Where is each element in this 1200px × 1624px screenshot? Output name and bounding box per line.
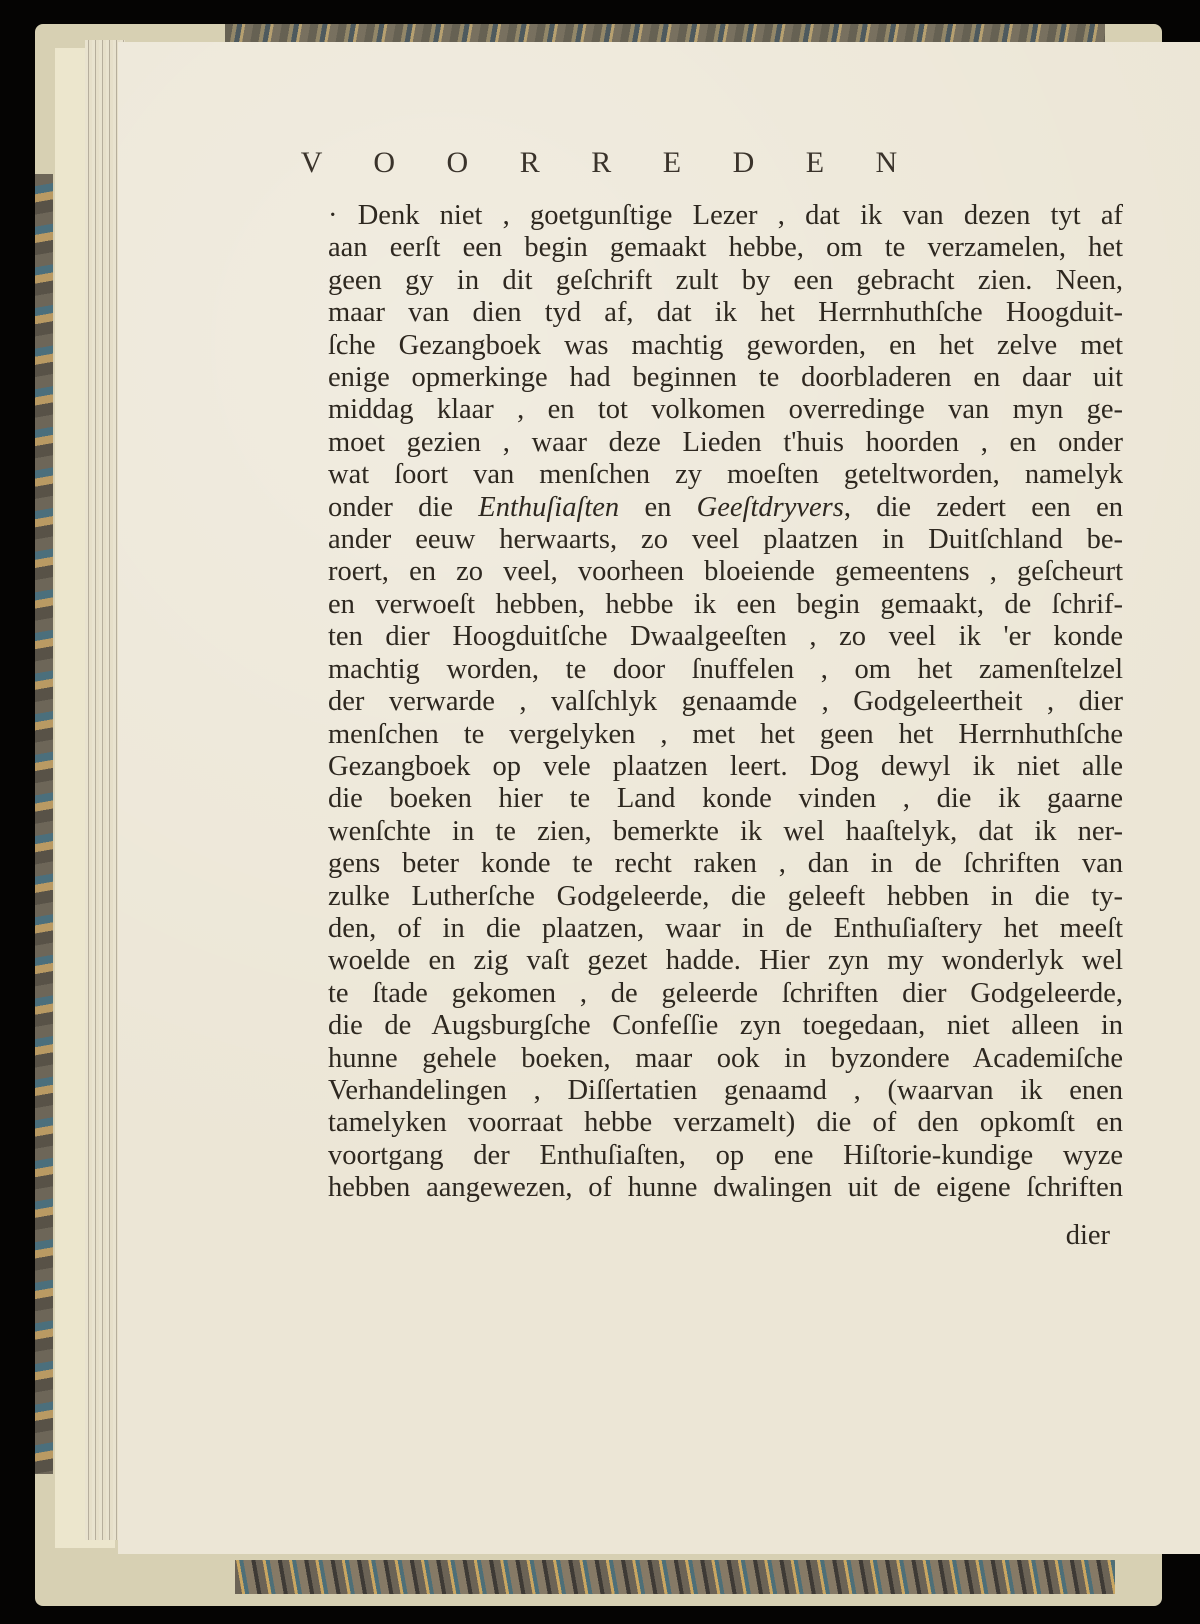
text-line: aan eerſt een begin gemaakt hebbe, om te… bbox=[328, 232, 1123, 264]
text-line: wenſchte in te zien, bemerkte ik wel haa… bbox=[328, 816, 1123, 848]
italic-term: Enthuſiaſten bbox=[478, 492, 619, 523]
text-fragment: , die zedert een en bbox=[844, 492, 1123, 523]
text-line: te ſtade gekomen , de geleerde ſchriften… bbox=[328, 978, 1123, 1010]
text-line: hunne gehele boeken, maar ook in byzonde… bbox=[328, 1043, 1123, 1075]
text-line: den, of in die plaatzen, waar in de Enth… bbox=[328, 913, 1123, 945]
text-line: der verwarde , valſchlyk genaamde , Godg… bbox=[328, 686, 1123, 718]
text-line: wat ſoort van menſchen zy moeſten getelt… bbox=[328, 459, 1123, 491]
marbled-cover-top bbox=[225, 24, 1105, 44]
text-line: machtig worden, te door ſnuffelen , om h… bbox=[328, 654, 1123, 686]
text-fragment: onder die bbox=[328, 492, 478, 523]
text-line: zulke Lutherſche Godgeleerde, die geleef… bbox=[328, 881, 1123, 913]
text-line: maar van dien tyd af, dat ik het Herrnhu… bbox=[328, 297, 1123, 329]
body-text: · Denk niet , goetgunſtige Lezer , dat i… bbox=[328, 200, 1123, 1205]
text-line: enige opmerkinge had beginnen te doorbla… bbox=[328, 362, 1123, 394]
text-line: die boeken hier te Land konde vinden , d… bbox=[328, 783, 1123, 815]
page-heading: V O O R R E D E N bbox=[0, 146, 1200, 180]
text-line: middag klaar , en tot volkomen overredin… bbox=[328, 394, 1123, 426]
text-line: tamelyken voorraat hebbe verzamelt) die … bbox=[328, 1107, 1123, 1139]
text-line: gens beter konde te recht raken , dan in… bbox=[328, 848, 1123, 880]
text-line: woelde en zig vaſt gezet hadde. Hier zyn… bbox=[328, 945, 1123, 977]
text-fragment: en bbox=[619, 492, 696, 523]
text-line-italic: onder die Enthuſiaſten en Geeſtdryvers, … bbox=[328, 492, 1123, 524]
text-line: ten dier Hoogduitſche Dwaalgeeſten , zo … bbox=[328, 621, 1123, 653]
text-line: ſche Gezangboek was machtig geworden, en… bbox=[328, 330, 1123, 362]
text-line: menſchen te vergelyken , met het geen he… bbox=[328, 719, 1123, 751]
text-line: · Denk niet , goetgunſtige Lezer , dat i… bbox=[328, 200, 1123, 232]
text-line: geen gy in dit geſchrift zult by een geb… bbox=[328, 265, 1123, 297]
italic-term: Geeſtdryvers bbox=[697, 492, 844, 523]
text-line: voortgang der Enthuſiaſten, op ene Hiſto… bbox=[328, 1140, 1123, 1172]
text-line: hebben aangewezen, of hunne dwalingen ui… bbox=[328, 1172, 1123, 1204]
marbled-cover-bottom bbox=[235, 1560, 1115, 1594]
text-line: Verhandelingen , Diſſertatien genaamd , … bbox=[328, 1075, 1123, 1107]
text-line: ander eeuw herwaarts, zo veel plaatzen i… bbox=[328, 524, 1123, 556]
text-line: en verwoeſt hebben, hebbe ik een begin g… bbox=[328, 589, 1123, 621]
text-line: moet gezien , waar deze Lieden t'huis ho… bbox=[328, 427, 1123, 459]
marbled-cover-left bbox=[35, 174, 53, 1474]
text-line: die de Augsburgſche Confeſſie zyn toeged… bbox=[328, 1010, 1123, 1042]
text-line: Gezangboek op vele plaatzen leert. Dog d… bbox=[328, 751, 1123, 783]
text-line: roert, en zo veel, voorheen bloeiende ge… bbox=[328, 556, 1123, 588]
catchword: dier bbox=[1066, 1220, 1110, 1252]
